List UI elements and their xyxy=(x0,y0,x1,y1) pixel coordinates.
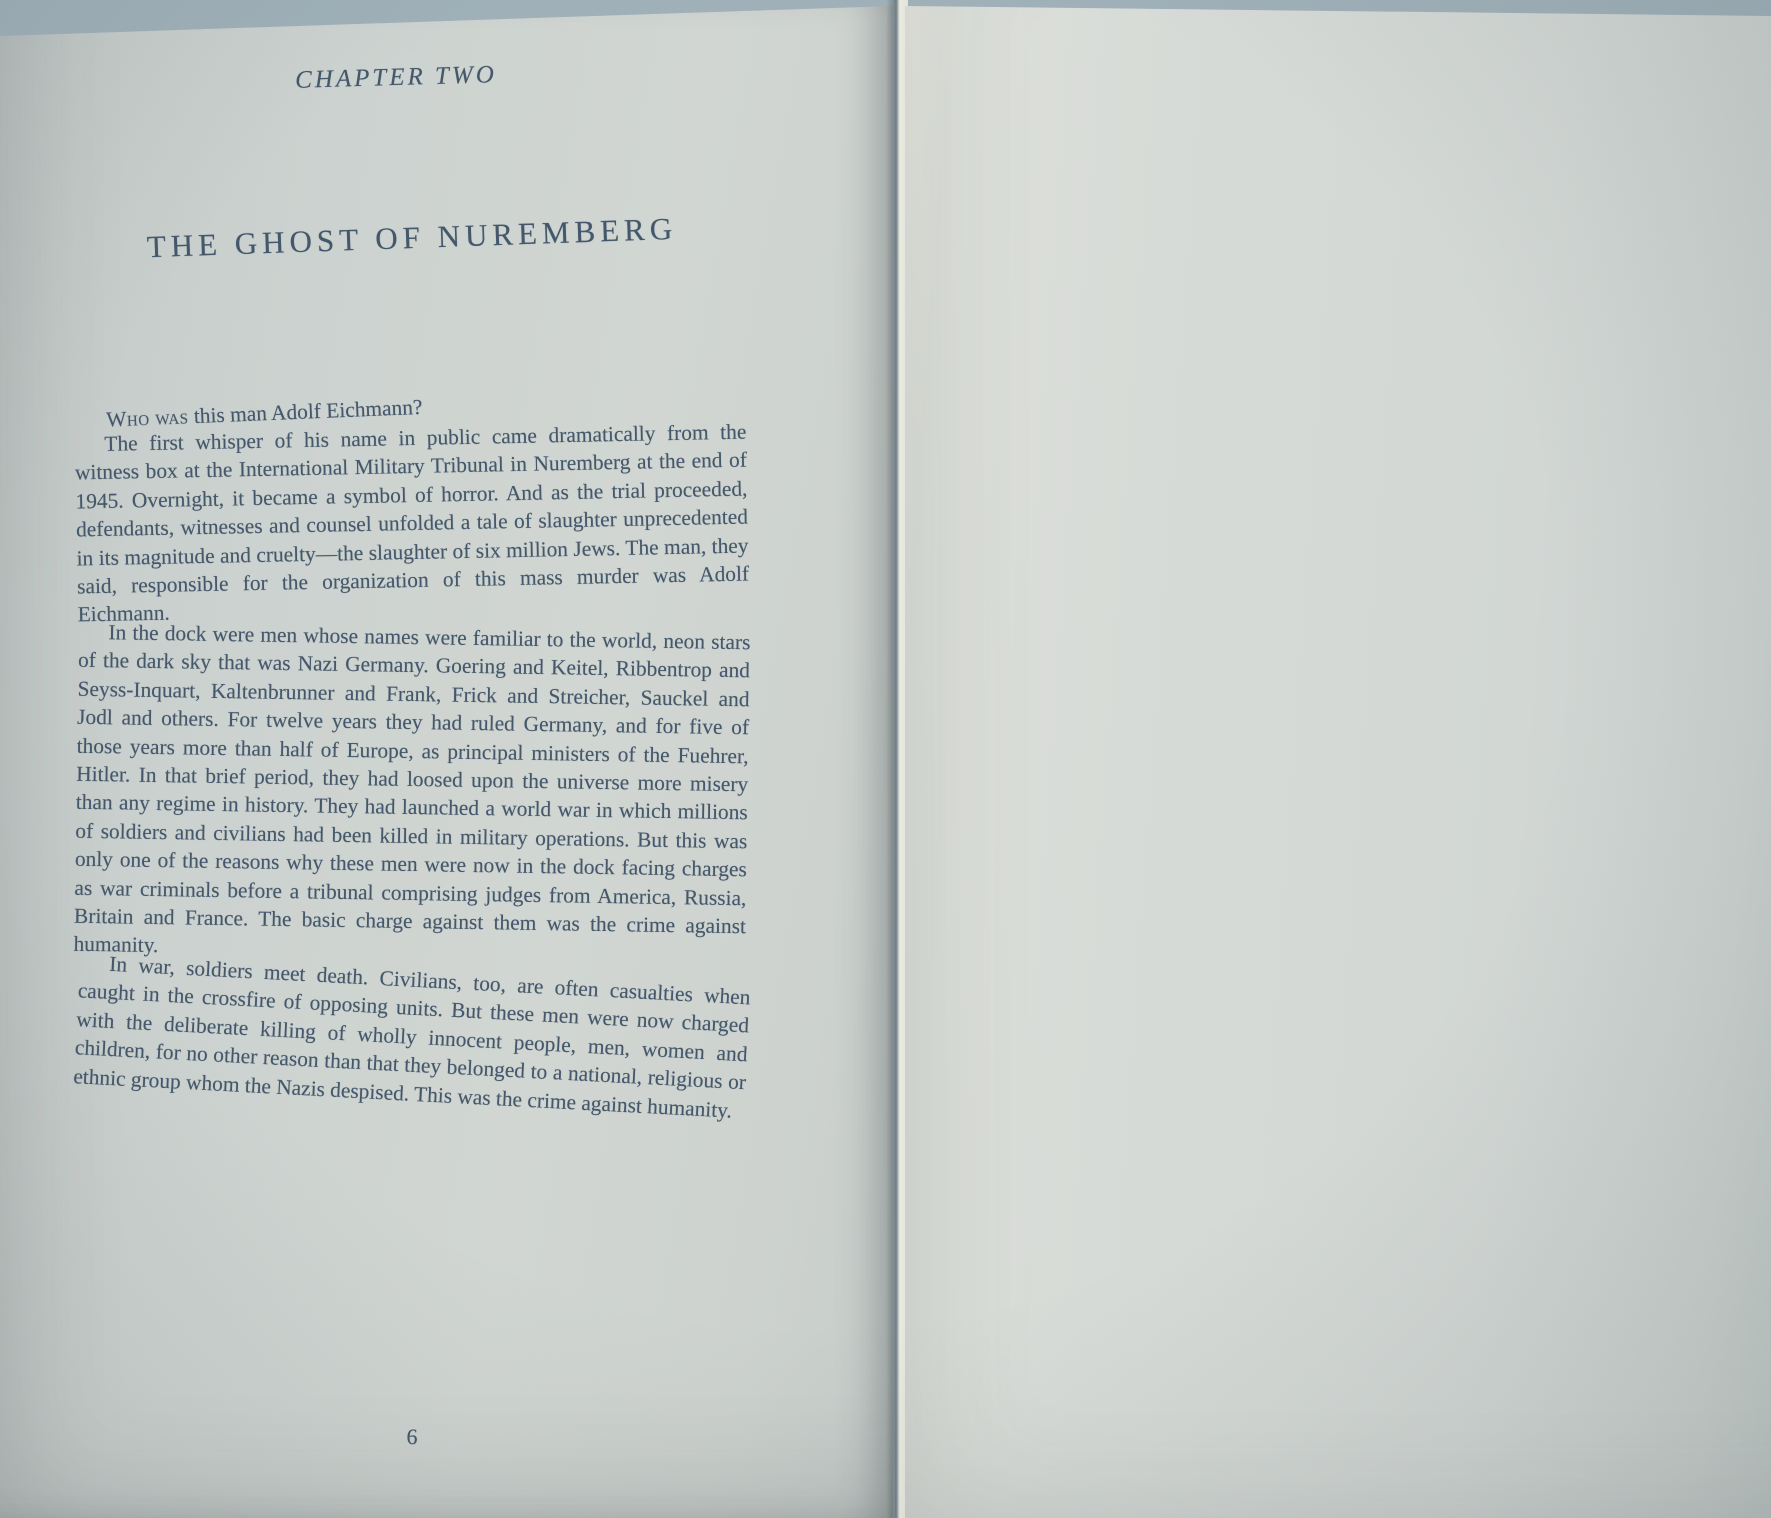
paragraph: In the dock were men whose names were fa… xyxy=(73,618,750,969)
paragraph-opening-rest: this man Adolf Eichmann? xyxy=(188,395,423,428)
right-page: THE GHOST OF NUREMBERG And this is what … xyxy=(905,0,1771,1518)
paragraph-opening-lead: Who was xyxy=(106,404,189,431)
page-number-left: 6 xyxy=(76,1415,748,1459)
paragraph: In war, soldiers meet death. Civilians, … xyxy=(73,948,752,1125)
left-page: CHAPTER TWO THE GHOST OF NUREMBERG Who w… xyxy=(0,0,893,1518)
left-page-body: Who was this man Adolf Eichmann? The fir… xyxy=(76,396,748,1106)
chapter-title: THE GHOST OF NUREMBERG xyxy=(76,208,749,267)
book-gutter xyxy=(886,0,908,1518)
paragraph: The first whisper of his name in public … xyxy=(74,418,750,630)
book-photo: CHAPTER TWO THE GHOST OF NUREMBERG Who w… xyxy=(0,0,1771,1518)
chapter-header: CHAPTER TWO xyxy=(76,55,717,101)
